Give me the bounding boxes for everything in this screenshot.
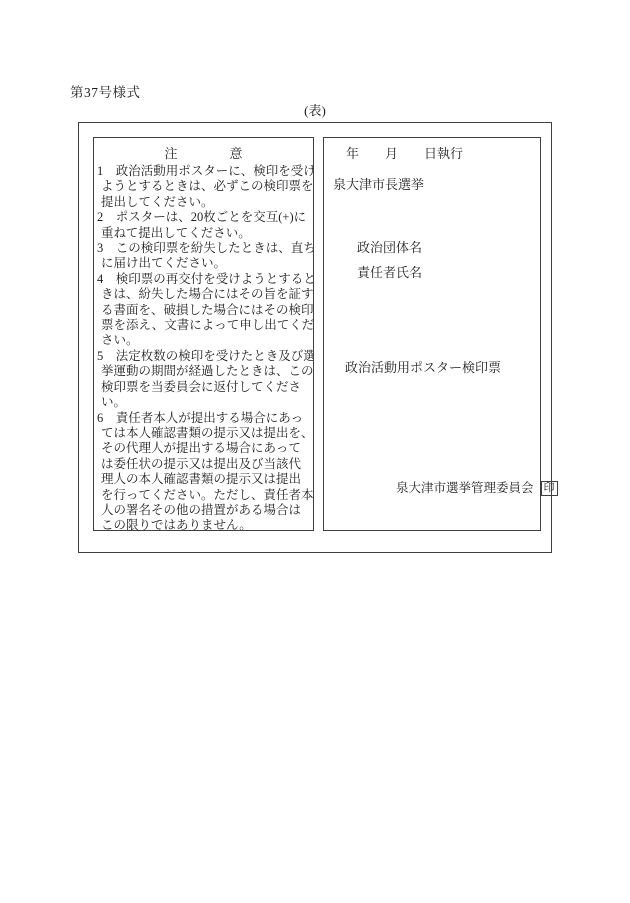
document-page: 第37号様式 (表) 注 意 1 政治活動用ポスターに、検印を受け ようとすると…	[0, 0, 630, 903]
note-item-3: 3 この検印票を紛失したときは、直ち に届け出てください。	[97, 241, 310, 272]
note-line: ようとするときは、必ずこの検印票を	[97, 179, 310, 194]
note-line: 提出してください。	[97, 195, 310, 210]
note-line: 1 政治活動用ポスターに、検印を受け	[97, 164, 310, 179]
note-line: 6 責任者本人が提出する場合にあっ	[97, 411, 310, 426]
note-line: を行ってください。ただし、責任者本	[97, 488, 310, 503]
note-line: 人の署名その他の措置がある場合は	[97, 503, 310, 518]
note-line: その代理人が提出する場合にあって	[97, 441, 310, 456]
ticket-title: 政治活動用ポスター検印票	[345, 357, 501, 376]
note-item-6: 6 責任者本人が提出する場合にあっ ては本人確認書類の提示又は提出を、 その代理…	[97, 411, 310, 532]
election-name: 泉大津市長選挙	[333, 174, 424, 193]
political-org-label: 政治団体名	[357, 237, 422, 256]
note-line: 挙運動の期間が経過したときは、この	[97, 364, 310, 379]
execution-date-line: 年 月 日執行	[346, 143, 463, 162]
committee-name: 泉大津市選挙管理委員会	[396, 481, 534, 495]
manager-name-label: 責任者氏名	[357, 262, 422, 281]
note-item-4: 4 検印票の再交付を受けようとすると きは、紛失した場合にはその旨を証す る書面…	[97, 272, 310, 349]
note-line: 3 この検印票を紛失したときは、直ち	[97, 241, 310, 256]
note-line: 2 ポスターは、20枚ごとを交互(+)に	[97, 210, 310, 225]
note-line: 4 検印票の再交付を受けようとすると	[97, 272, 310, 287]
note-line: 検印票を当委員会に返付してくださ	[97, 380, 310, 395]
note-line: は委任状の提示又は提出及び当該代	[97, 457, 310, 472]
notes-title: 注 意	[97, 145, 310, 162]
note-line: 5 法定枚数の検印を受けたとき及び選	[97, 349, 310, 364]
form-outer-border: 注 意 1 政治活動用ポスターに、検印を受け ようとするときは、必ずこの検印票を…	[78, 122, 552, 553]
note-line: 理人の本人確認書類の提示又は提出	[97, 472, 310, 487]
form-number-label: 第37号様式	[70, 81, 141, 101]
note-item-2: 2 ポスターは、20枚ごとを交互(+)に 重ねて提出してください。	[97, 210, 310, 241]
note-line: きは、紛失した場合にはその旨を証す	[97, 287, 310, 302]
ticket-panel: 年 月 日執行 泉大津市長選挙 政治団体名 責任者氏名 政治活動用ポスター検印票…	[323, 137, 541, 531]
notes-panel: 注 意 1 政治活動用ポスターに、検印を受け ようとするときは、必ずこの検印票を…	[93, 137, 314, 531]
note-line: い。	[97, 395, 310, 410]
note-line: ては本人確認書類の提示又は提出を、	[97, 426, 310, 441]
seal-mark: 印	[541, 481, 558, 496]
committee-line: 泉大津市選挙管理委員会印	[371, 463, 558, 511]
note-line: 票を添え、文書によって申し出てくだ	[97, 318, 310, 333]
note-line: この限りではありません。	[97, 518, 310, 531]
note-line: に届け出てください。	[97, 256, 310, 271]
note-line: る書面を、破損した場合にはその検印	[97, 303, 310, 318]
note-item-5: 5 法定枚数の検印を受けたとき及び選 挙運動の期間が経過したときは、この 検印票…	[97, 349, 310, 411]
front-side-label: (表)	[78, 100, 552, 119]
note-item-1: 1 政治活動用ポスターに、検印を受け ようとするときは、必ずこの検印票を 提出し…	[97, 164, 310, 210]
note-line: 重ねて提出してください。	[97, 226, 310, 241]
note-line: さい。	[97, 333, 310, 348]
